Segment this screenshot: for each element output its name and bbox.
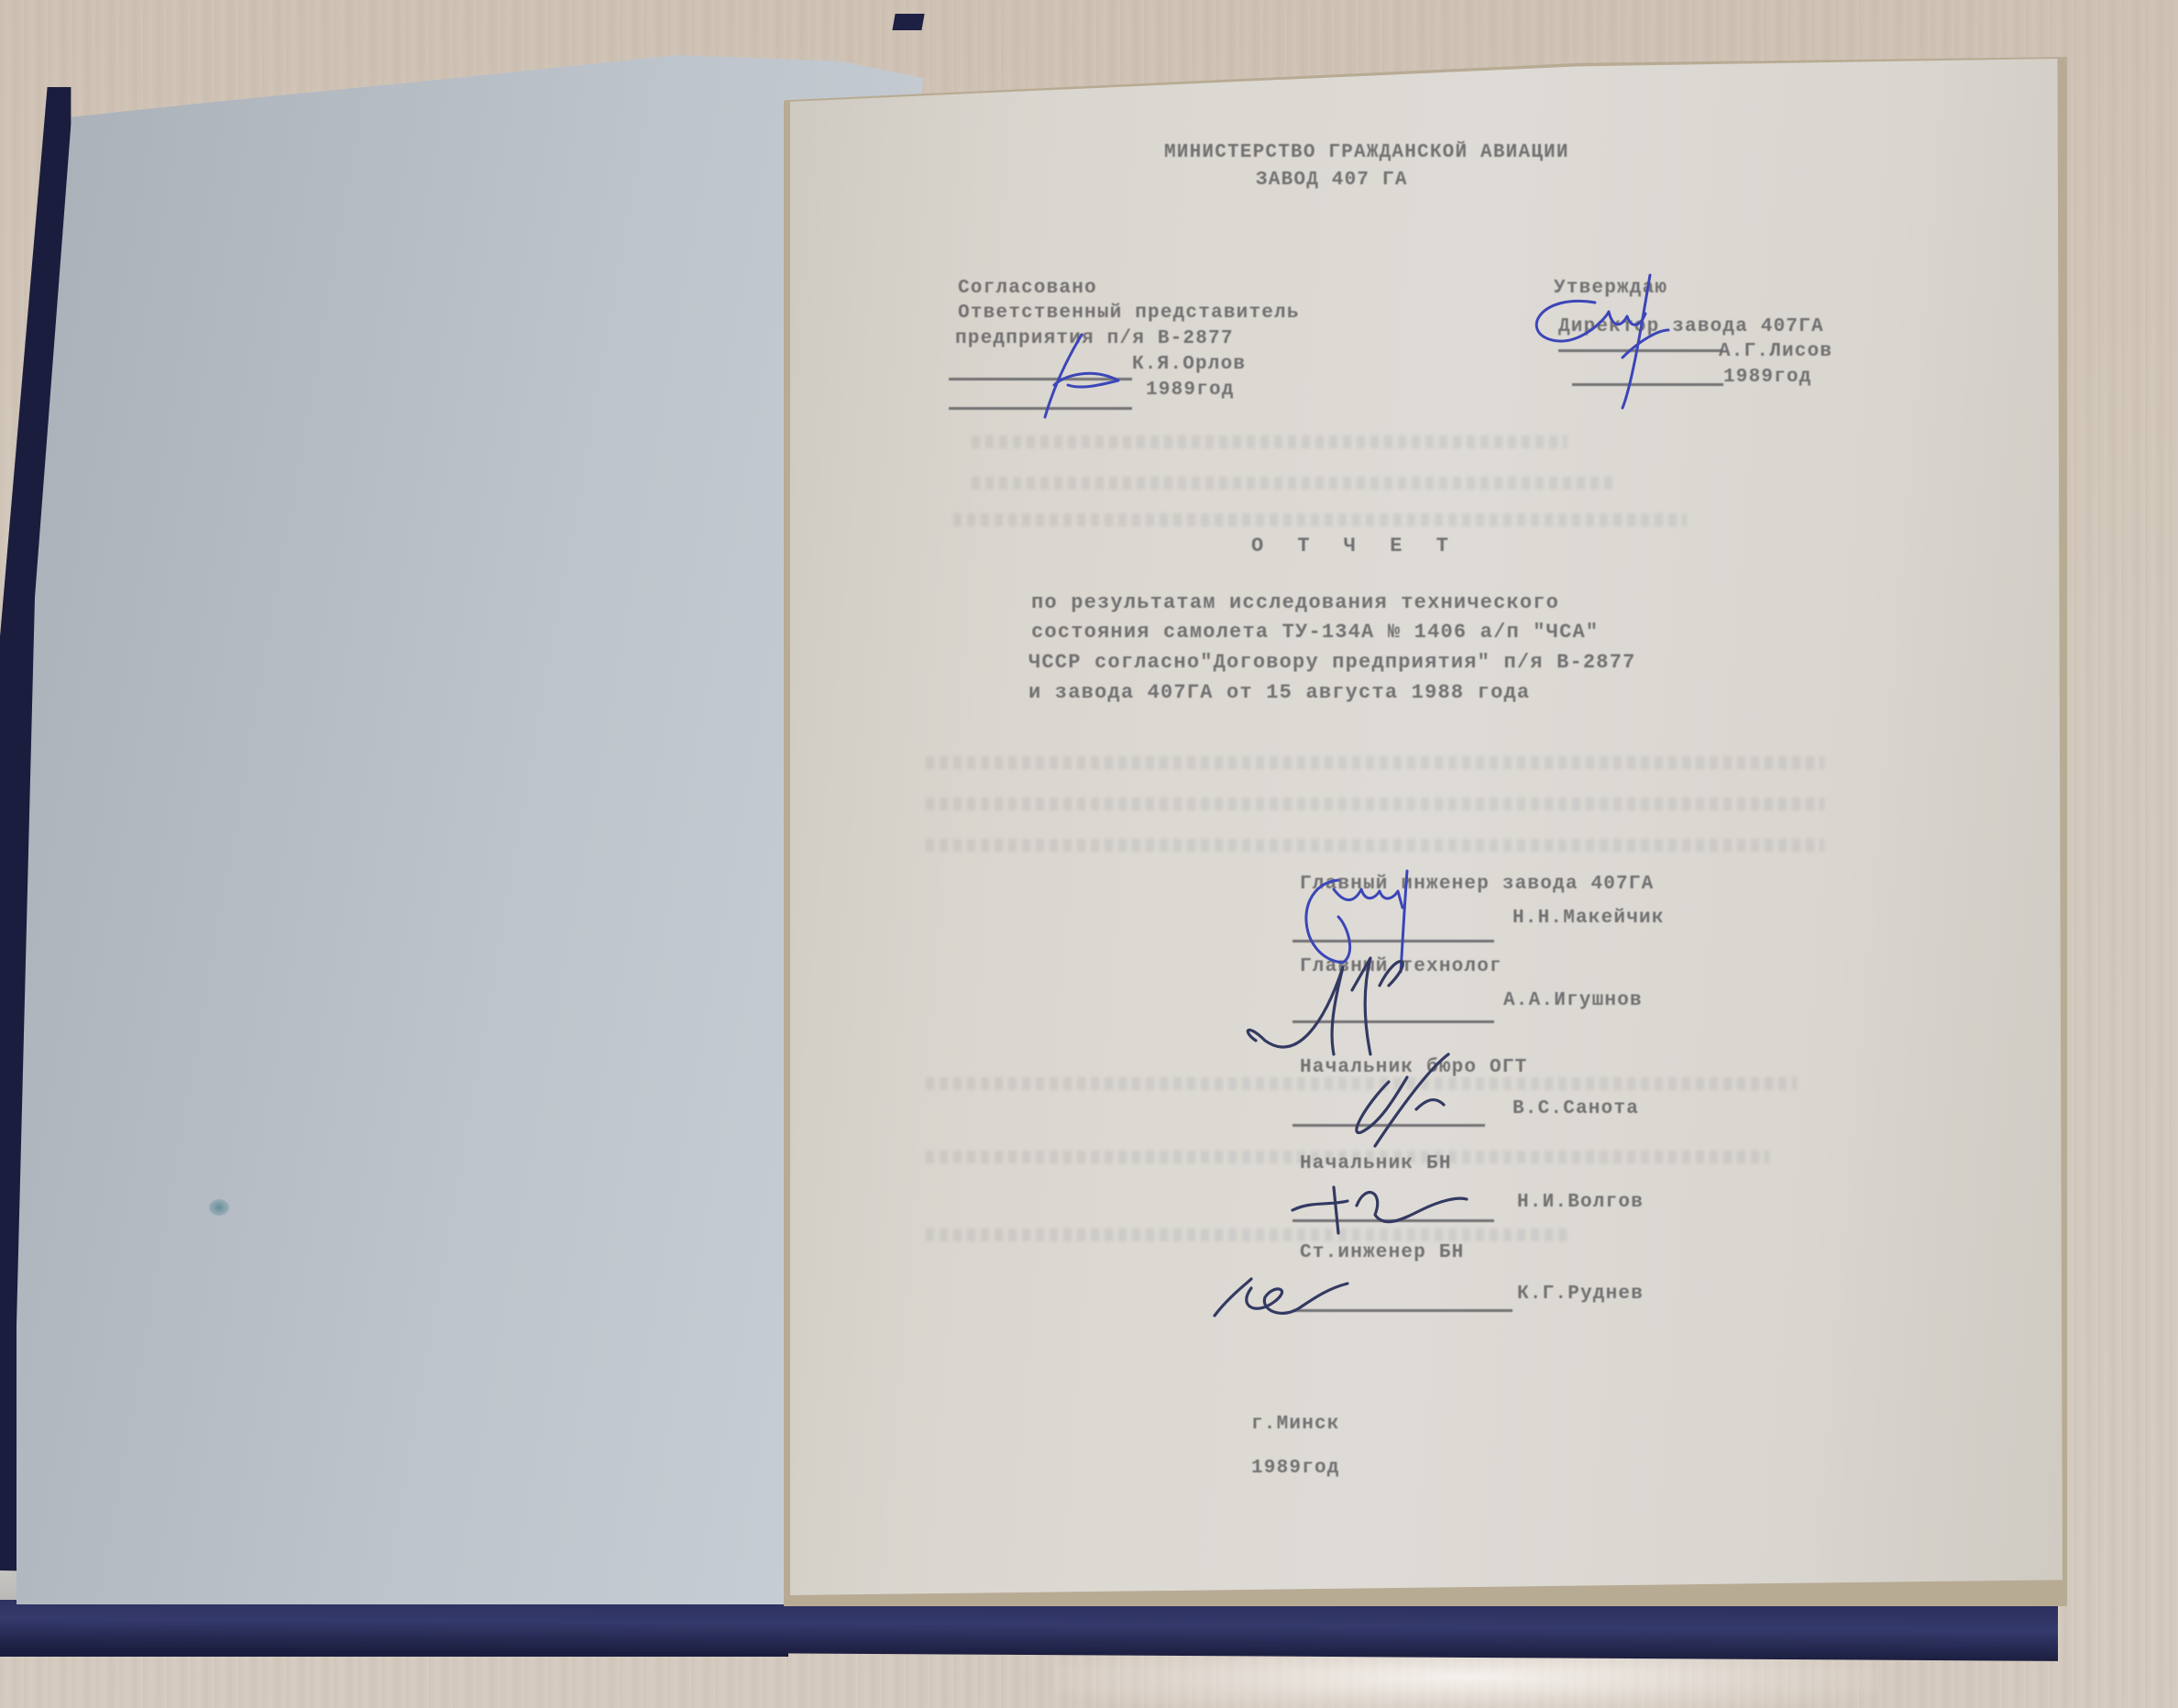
report-subtitle-line: ЧССР согласно"Договору предприятия" п/я … xyxy=(1028,651,1636,674)
approval-right-year: 1989год xyxy=(1723,367,1812,388)
approval-left-line1: Ответственный представитель xyxy=(958,303,1300,324)
handwritten-date: 28.02.89 xyxy=(1412,897,1534,929)
signature-rudnev: 27.02.89г xyxy=(1210,1261,1522,1334)
handwritten-date: 22.02.89 xyxy=(1462,1186,1577,1217)
ministry-heading: МИНИСТЕРСТВО ГРАЖДАНСКОЙ АВИАЦИИ xyxy=(1164,142,1569,163)
handwritten-month: 02 xyxy=(1659,342,1694,374)
handwritten-day: 28 xyxy=(1554,349,1579,372)
handwritten-day: 28 xyxy=(962,370,1002,407)
show-through-line xyxy=(972,435,1567,448)
show-through-line xyxy=(953,513,1687,526)
signatory-name: К.Г.Руднев xyxy=(1517,1284,1644,1305)
handwritten-date: 27.02.89г xyxy=(1347,1282,1457,1307)
footer-city: г.Минск xyxy=(1251,1414,1340,1435)
report-subtitle-line: состояния самолета ТУ-134А № 1406 а/п "Ч… xyxy=(1031,621,1599,644)
show-through-line xyxy=(926,756,1824,769)
plant-heading: ЗАВОД 407 ГА xyxy=(1256,170,1408,191)
signature-orlov: 28 02 xyxy=(944,330,1164,422)
footer-year: 1989год xyxy=(1251,1458,1340,1479)
signature-lisov: 28 02 xyxy=(1522,275,1732,413)
show-through-line xyxy=(926,798,1824,810)
signature-volgov: 22.02.89 xyxy=(1283,1164,1577,1247)
report-title: О Т Ч Е Т xyxy=(1251,534,1459,557)
signature-sanota xyxy=(1329,1050,1512,1151)
ink-spot xyxy=(209,1199,229,1216)
handwritten-date: 280289. xyxy=(1398,996,1557,1041)
approval-right-name: А.Г.Лисов xyxy=(1719,341,1832,362)
report-subtitle-line: и завода 407ГА от 15 августа 1988 года xyxy=(1028,681,1530,704)
show-through-line xyxy=(926,839,1824,852)
report-subtitle-line: по результатам исследования технического xyxy=(1031,591,1559,614)
show-through-line xyxy=(972,477,1613,490)
book-cover-corner xyxy=(892,14,924,30)
signatory-name: В.С.Санота xyxy=(1512,1098,1639,1119)
approval-left-label: Согласовано xyxy=(958,278,1097,299)
